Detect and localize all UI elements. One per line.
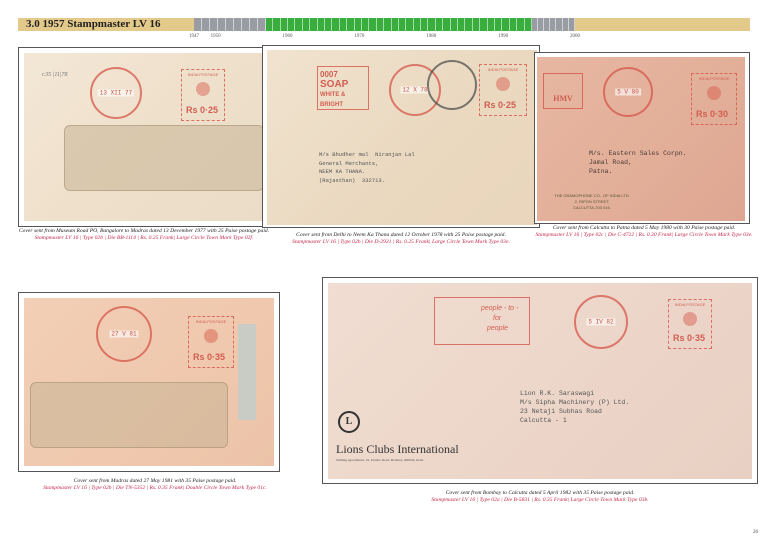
timeline-tick: 1960	[282, 34, 292, 39]
timeline-tick: 1947	[189, 34, 199, 39]
sender-org: Lions Clubs International	[336, 442, 459, 457]
meter-frank: INDIA POSTAGE Rs 0·25	[181, 69, 225, 121]
caption-calcutta: Cover sent from Calcutta to Patna dated …	[534, 225, 754, 239]
timeline-tick: 1970	[354, 34, 364, 39]
sender-address: Shilling Apartments, 91, Pedder Road, Bo…	[336, 458, 423, 462]
cover-frame-calcutta: HMV 5 V 80 INDIA POSTAGE Rs 0·30 M/s. Ea…	[534, 52, 750, 224]
caption-bombay: Cover sent from Bombay to Calcutta dated…	[322, 490, 758, 504]
caption-bangalore: Cover sent from Museum Road PO, Bangalor…	[18, 228, 270, 242]
cover-frame-madras: 27 V 81 INDIA POSTAGE Rs 0·35	[18, 292, 280, 472]
timeline-segment-tan	[575, 18, 750, 31]
recipient-address: M/s Bhudher mal Niranjan LalGeneral Merc…	[319, 134, 415, 202]
timeline-tick: 2000	[570, 34, 580, 39]
postmark-circle: 27 V 81	[96, 306, 152, 362]
cover-frame-delhi: 0007 SOAP WHITE & BRIGHT 12 X 78 INDIA P…	[262, 45, 540, 228]
recipient-address: M/s. Eastern Sales Corpn.Jamal Road,Patn…	[589, 131, 687, 194]
envelope-image: people - to -forpeople 5 IV 82 INDIA POS…	[328, 283, 752, 479]
ashoka-emblem-icon	[196, 82, 210, 96]
envelope-image: 0007 SOAP WHITE & BRIGHT 12 X 78 INDIA P…	[267, 50, 537, 225]
slogan-soap: 0007 SOAP WHITE & BRIGHT	[317, 66, 369, 110]
lions-logo-icon: L	[338, 411, 360, 433]
meter-frank: INDIA POSTAGE Rs 0·35	[188, 316, 234, 368]
timeline-segment-green	[266, 18, 532, 31]
recipient-address: Lion R.K. SaraswagiM/s Sipha Machinery (…	[520, 371, 629, 443]
timeline-tick: 1980	[426, 34, 436, 39]
return-address: THE GRAMOPHONE CO., OF INDIA LTD.2, RIPO…	[537, 193, 647, 211]
slogan-hmv: HMV	[543, 73, 583, 109]
slogan-lions: people - to -forpeople	[434, 297, 530, 345]
meter-frank: INDIA POSTAGE Rs 0·25	[479, 64, 527, 116]
manuscript-note: r.35 |11|78	[42, 71, 68, 80]
timeline-segment-gray	[194, 18, 266, 31]
ashoka-emblem-icon	[204, 329, 218, 343]
page-number: 26	[753, 530, 758, 535]
envelope-window	[64, 125, 264, 191]
year-timeline-bar	[194, 18, 750, 31]
envelope-image: HMV 5 V 80 INDIA POSTAGE Rs 0·30 M/s. Ea…	[537, 57, 745, 221]
postmark-circle: 5 V 80	[603, 67, 653, 117]
envelope-image: r.35 |11|78 13 XII 77 INDIA POSTAGE Rs 0…	[24, 53, 264, 221]
caption-delhi: Cover sent from Delhi to Neem Ka Thana d…	[262, 232, 540, 246]
meter-frank: INDIA POSTAGE Rs 0·35	[668, 299, 712, 349]
caption-madras: Cover sent from Madras dated 27 May 1981…	[10, 478, 300, 492]
cover-frame-bangalore: r.35 |11|78 13 XII 77 INDIA POSTAGE Rs 0…	[18, 47, 270, 227]
meter-frank: INDIA POSTAGE Rs 0·30	[691, 73, 737, 125]
receiving-postmark	[427, 60, 477, 110]
envelope-window	[30, 382, 228, 448]
postmark-circle: 5 IV 82	[574, 295, 628, 349]
postmark-circle: 13 XII 77	[90, 67, 142, 119]
cover-frame-bombay: people - to -forpeople 5 IV 82 INDIA POS…	[322, 277, 758, 484]
timeline-tick: 1990	[498, 34, 508, 39]
ashoka-emblem-icon	[707, 86, 721, 100]
timeline-tick: 1950	[211, 34, 221, 39]
ashoka-emblem-icon	[496, 77, 510, 91]
ashoka-emblem-icon	[683, 312, 697, 326]
timeline-segment-gray	[532, 18, 575, 31]
section-title: 3.0 1957 Stampmaster LV 16	[26, 17, 161, 31]
torn-flap	[238, 324, 256, 420]
envelope-image: 27 V 81 INDIA POSTAGE Rs 0·35	[24, 298, 274, 466]
